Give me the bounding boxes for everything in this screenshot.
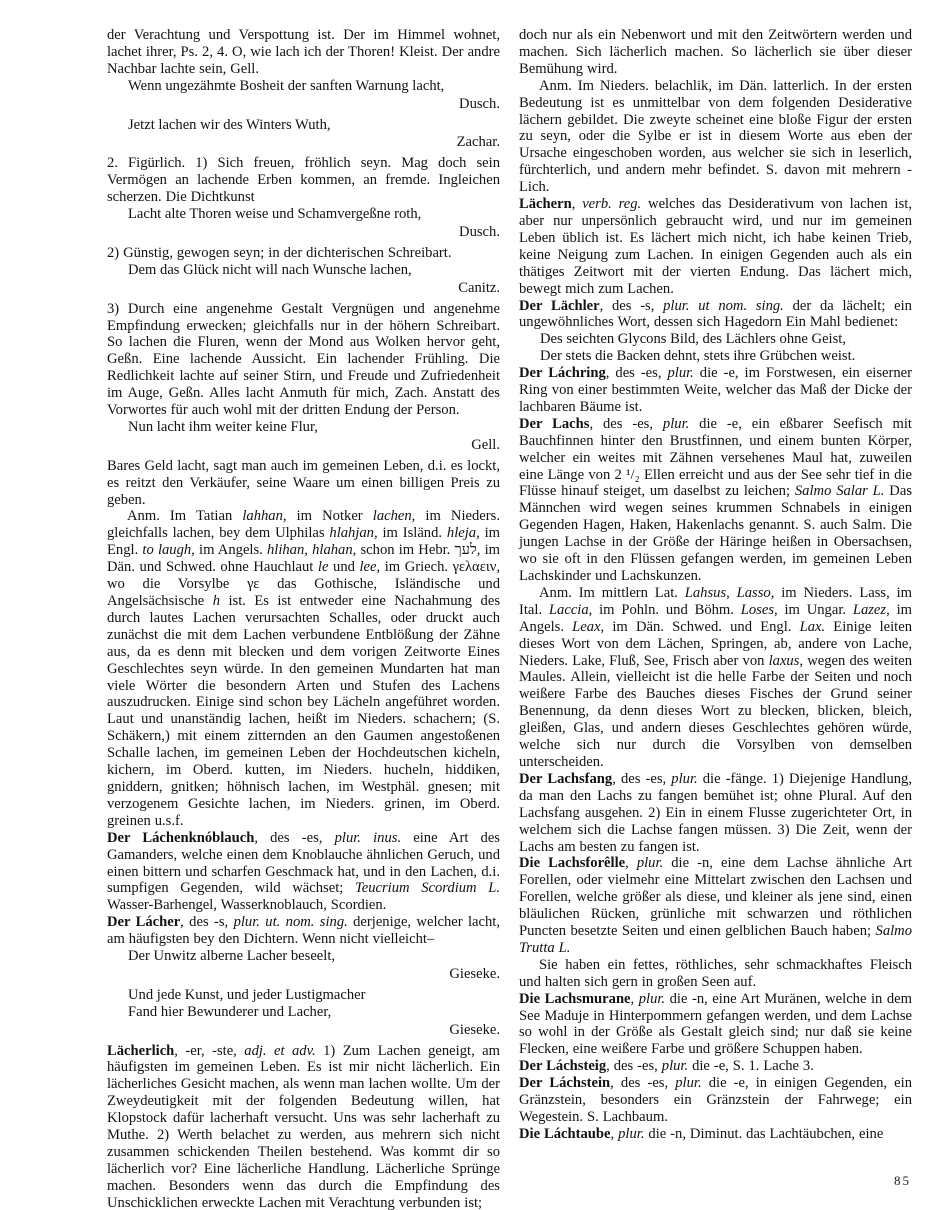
italic-term: Leax, — [572, 619, 604, 635]
paragraph: Sie haben ein fettes, röthliches, sehr s… — [519, 957, 912, 991]
italic-term: hleja, — [447, 525, 480, 541]
italic-term: plur. — [662, 1058, 688, 1074]
entry-headword: Der Lácher — [107, 914, 180, 930]
italic-term: hlihan, hlahan, — [267, 542, 356, 558]
italic-term: laxus, — [769, 653, 803, 669]
verse-line: Und jede Kunst, und jeder Lustigmacher — [107, 987, 500, 1004]
dictionary-page: der Verachtung und Verspottung ist. Der … — [0, 0, 935, 1210]
verse-line: Dem das Glück nicht will nach Wunsche la… — [107, 262, 500, 279]
italic-term: plur. — [675, 1075, 701, 1091]
attribution-line: Gieseke. — [107, 966, 500, 983]
page-number: 85 — [894, 1173, 911, 1190]
italic-term: le — [318, 559, 329, 575]
attribution-line: Dusch. — [107, 96, 500, 113]
dictionary-entry: Lächern, verb. reg. welches das Desidera… — [519, 196, 912, 297]
entry-headword: Der Lachs — [519, 416, 589, 432]
attribution-line: Gieseke. — [107, 1022, 500, 1039]
dictionary-entry: Der Lácher, des -s, plur. ut. nom. sing.… — [107, 914, 500, 948]
paragraph: 3) Durch eine angenehme Gestalt Vergnüge… — [107, 301, 500, 419]
italic-term: to laugh, — [142, 542, 194, 558]
paragraph: Anm. Im mittlern Lat. Lahsus, Lasso, im … — [519, 585, 912, 771]
dictionary-entry: Die Lachsforêlle, plur. die -n, eine dem… — [519, 855, 912, 956]
verse-line: Nun lacht ihm weiter keine Flur, — [107, 419, 500, 436]
italic-term: Lax. — [800, 619, 826, 635]
entry-headword: Die Lachsmurane — [519, 991, 631, 1007]
left-column: der Verachtung und Verspottung ist. Der … — [107, 27, 500, 1210]
italic-term: Lahsus, Lasso, — [685, 585, 775, 601]
attribution-line: Dusch. — [107, 224, 500, 241]
italic-term: Loses, — [741, 602, 778, 618]
italic-term: plur. — [667, 365, 693, 381]
italic-term: h — [213, 593, 220, 609]
paragraph: 2. Figürlich. 1) Sich freuen, fröhlich s… — [107, 155, 500, 206]
italic-term: Salmo Salar L. — [795, 483, 885, 499]
dictionary-entry: Die Lachsmurane, plur. die -n, eine Art … — [519, 991, 912, 1059]
entry-headword: Der Lächler — [519, 298, 600, 314]
paragraph: Anm. Im Nieders. belachlik, im Dän. latt… — [519, 78, 912, 196]
attribution-line: Zachar. — [107, 134, 500, 151]
italic-term: Salmo Trutta L. — [519, 923, 912, 956]
dictionary-entry: Die Láchtaube, plur. die -n, Diminut. da… — [519, 1126, 912, 1143]
dictionary-entry: Der Lachsfang, des -es, plur. die -fänge… — [519, 771, 912, 856]
entry-headword: Die Láchtaube — [519, 1126, 611, 1142]
text-columns: der Verachtung und Verspottung ist. Der … — [107, 27, 912, 1210]
italic-term: Teucrium Scordium L. — [355, 880, 500, 896]
italic-term: plur. — [663, 416, 689, 432]
dictionary-entry: Der Lachs, des -es, plur. die -e, ein eß… — [519, 416, 912, 585]
italic-term: plur. — [639, 991, 665, 1007]
verse-line: Wenn ungezähmte Bosheit der sanften Warn… — [107, 78, 500, 95]
italic-term: plur. ut nom. sing. — [663, 298, 784, 314]
italic-term: Lazez, — [853, 602, 890, 618]
italic-term: plur. — [637, 855, 663, 871]
paragraph: Bares Geld lacht, sagt man auch im gemei… — [107, 458, 500, 509]
dictionary-entry: Der Láchenknóblauch, des -es, plur. inus… — [107, 830, 500, 915]
dictionary-entry: Lächerlich, -er, -ste, adj. et adv. 1) Z… — [107, 1043, 500, 1210]
italic-term: lahhan, — [242, 508, 286, 524]
entry-headword: Der Láchring — [519, 365, 606, 381]
italic-term: hlahjan, — [329, 525, 377, 541]
italic-term: adj. et adv. — [244, 1043, 315, 1059]
paragraph: 2) Günstig, gewogen seyn; in der dichter… — [107, 245, 500, 262]
italic-term: Laccia, — [549, 602, 592, 618]
verse-line: Jetzt lachen wir des Winters Wuth, — [107, 117, 500, 134]
verse-line: Der stets die Backen dehnt, stets ihre G… — [519, 348, 912, 365]
dictionary-entry: Der Lächler, des -s, plur. ut nom. sing.… — [519, 298, 912, 332]
italic-term: plur. — [618, 1126, 644, 1142]
italic-term: plur. — [671, 771, 697, 787]
entry-headword: Der Láchenknóblauch — [107, 830, 254, 846]
attribution-line: Canitz. — [107, 280, 500, 297]
italic-term: lee, — [360, 559, 381, 575]
italic-term: plur. ut. nom. sing. — [234, 914, 348, 930]
entry-headword: Lächerlich — [107, 1043, 174, 1059]
italic-term: verb. reg. — [582, 196, 641, 212]
entry-headword: Der Lachsfang — [519, 771, 612, 787]
verse-line: Des seichten Glycons Bild, des Lächlers … — [519, 331, 912, 348]
verse-line: Fand hier Bewunderer und Lacher, — [107, 1004, 500, 1021]
entry-headword: Lächern — [519, 196, 572, 212]
entry-headword: Der Láchsteig — [519, 1058, 606, 1074]
italic-term: lachen, — [373, 508, 416, 524]
entry-headword: Der Láchstein — [519, 1075, 610, 1091]
paragraph: Anm. Im Tatian lahhan, im Notker lachen,… — [107, 508, 500, 829]
right-column: doch nur als ein Nebenwort und mit den Z… — [519, 27, 912, 1210]
dictionary-entry: Der Láchsteig, des -es, plur. die -e, S.… — [519, 1058, 912, 1075]
verse-line: Der Unwitz alberne Lacher beseelt, — [107, 948, 500, 965]
dictionary-entry: Der Láchstein, des -es, plur. die -e, in… — [519, 1075, 912, 1126]
paragraph: der Verachtung und Verspottung ist. Der … — [107, 27, 500, 78]
entry-headword: Die Lachsforêlle — [519, 855, 625, 871]
verse-line: Lacht alte Thoren weise und Schamvergeßn… — [107, 206, 500, 223]
attribution-line: Gell. — [107, 437, 500, 454]
italic-term: plur. inus. — [335, 830, 402, 846]
dictionary-entry: Der Láchring, des -es, plur. die -e, im … — [519, 365, 912, 416]
paragraph: doch nur als ein Nebenwort und mit den Z… — [519, 27, 912, 78]
